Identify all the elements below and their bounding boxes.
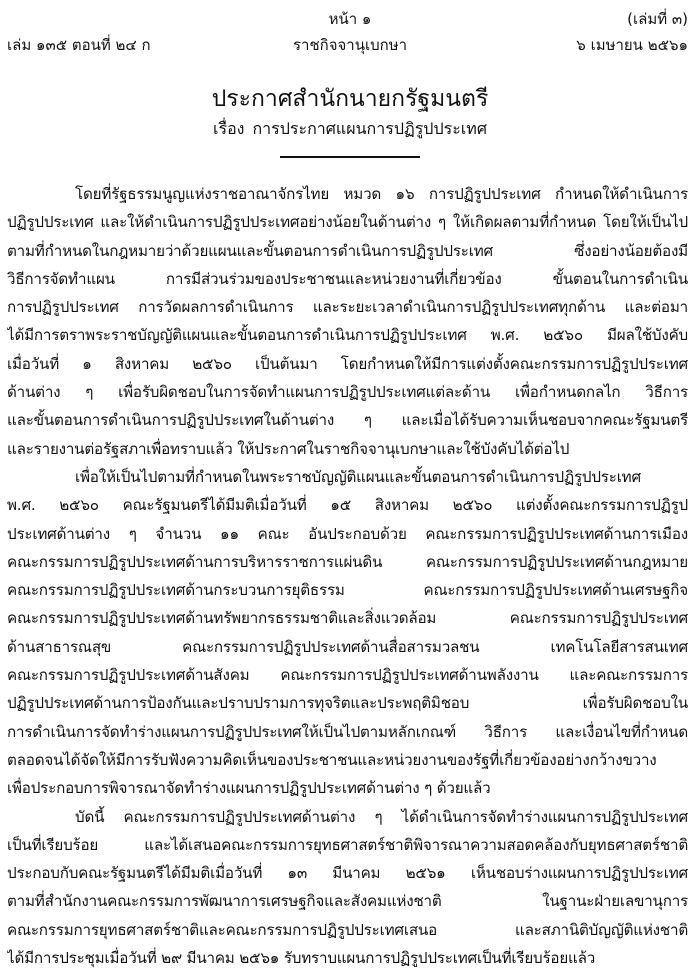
body-line: คณะกรรมการยุทธศาสตร์ชาติและคณะกรรมการปฏิ…	[7, 916, 688, 944]
body-line: และขั้นตอนการดำเนินการปฏิรูปประเทศในด้าน…	[7, 406, 688, 434]
body-line: เมื่อวันที่ ๑ สิงหาคม ๒๕๖๐ เป็นต้นมา โดย…	[7, 350, 688, 378]
body-line: การปฏิรูปประเทศ การวัดผลการดำเนินการ และ…	[7, 293, 688, 321]
body-line: วิธีการจัดทำแผน การมีส่วนร่วมของประชาชนแ…	[7, 265, 688, 293]
body-line: ปฏิรูปประเทศด้านการป้องกันและปราบปรามการ…	[7, 689, 688, 717]
body-line: ได้มีการตราพระราชบัญญัติแผนและขั้นตอนการ…	[7, 321, 688, 349]
title-divider	[280, 156, 420, 158]
body-line: คณะกรรมการปฏิรูปประเทศด้านกระบวนการยุติธ…	[7, 576, 688, 604]
body-line: คณะกรรมการปฏิรูปประเทศด้านสังคม คณะกรรมก…	[7, 661, 688, 689]
body-line: ตามที่กำหนดในกฎหมายว่าด้วยแผนและขั้นตอนก…	[7, 237, 688, 265]
body-line: คณะกรรมการปฏิรูปประเทศด้านทรัพยากรธรรมชา…	[7, 604, 688, 632]
body-line: บัดนี้ คณะกรรมการปฏิรูปประเทศด้านต่าง ๆ …	[7, 803, 688, 831]
body-line: ตามที่สำนักงานคณะกรรมการพัฒนาการเศรษฐกิจ…	[7, 887, 688, 915]
volume-number: (เล่มที่ ๓)	[627, 10, 688, 28]
document-subject: เรื่องการประกาศแผนการปฏิรูปประเทศ	[0, 118, 700, 140]
body-line: ด้านสาธารณสุข คณะกรรมการปฏิรูปประเทศด้าน…	[7, 633, 688, 661]
body-line: โดยที่รัฐธรรมนูญแห่งราชอาณาจักรไทย หมวด …	[7, 180, 688, 208]
issue-date: ๖ เมษายน ๒๕๖๑	[576, 36, 688, 54]
body-line: ด้านต่าง ๆ เพื่อรับผิดชอบในการจัดทำแผนกา…	[7, 378, 688, 406]
body-line: คณะกรรมการปฏิรูปประเทศด้านการบริหารราชกา…	[7, 548, 688, 576]
page-number: หน้า ๑	[0, 10, 700, 28]
body-line: ประกอบกับคณะรัฐมนตรีได้มีมติเมื่อวันที่ …	[7, 859, 688, 887]
body-line: ปฏิรูปประเทศ และให้ดำเนินการปฏิรูปประเทศ…	[7, 208, 688, 236]
body-line: ตลอดจนได้จัดให้มีการรับฟังความคิดเห็นของ…	[7, 746, 688, 774]
body-line: เป็นที่เรียบร้อย และได้เสนอคณะกรรมการยุท…	[7, 831, 688, 859]
body-line: การดำเนินการจัดทำร่างแผนการปฏิรูปประเทศใ…	[7, 718, 688, 746]
document-title: ประกาศสำนักนายกรัฐมนตรี	[0, 84, 700, 114]
body-line: และรายงานต่อรัฐสภาเพื่อทราบแล้ว ให้ประกา…	[7, 435, 688, 463]
body-line: เพื่อให้เป็นไปตามที่กำหนดในพระราชบัญญัติ…	[7, 463, 688, 491]
body-line: ประเทศด้านต่าง ๆ จำนวน ๑๑ คณะ อันประกอบด…	[7, 520, 688, 548]
body-line: ได้มีการประชุมเมื่อวันที่ ๒๙ มีนาคม ๒๕๖๑…	[7, 944, 688, 972]
document-body: โดยที่รัฐธรรมนูญแห่งราชอาณาจักรไทย หมวด …	[7, 180, 688, 972]
subject-text: การประกาศแผนการปฏิรูปประเทศ	[252, 119, 487, 138]
body-line: เพื่อประกอบการพิจารณาจัดทำร่างแผนการปฏิร…	[7, 774, 688, 802]
body-line: พ.ศ. ๒๕๖๐ คณะรัฐมนตรีได้มีมติเมื่อวันที่…	[7, 491, 688, 519]
subject-label: เรื่อง	[213, 119, 244, 138]
